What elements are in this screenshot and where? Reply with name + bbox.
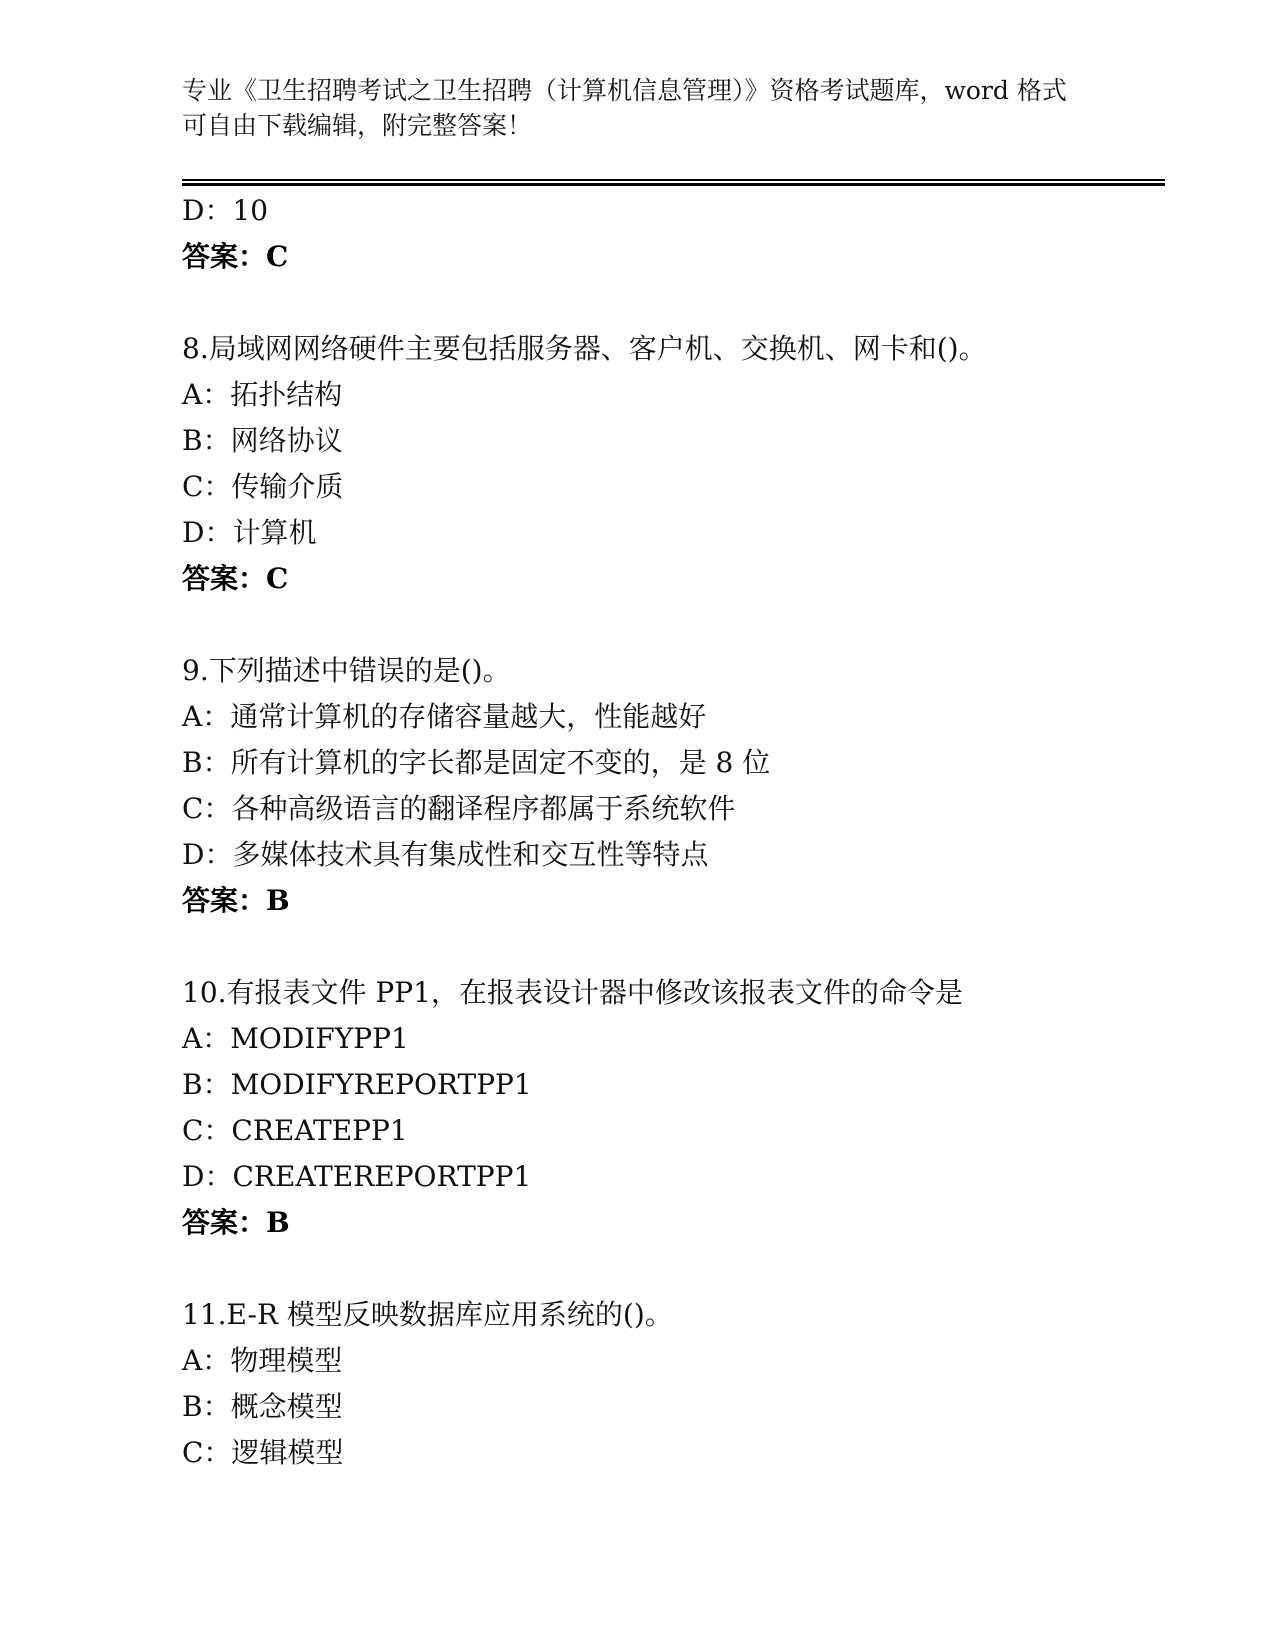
option-d: D：计算机	[182, 510, 1165, 556]
answer-line: 答案：B	[182, 878, 1165, 924]
option-d: D：多媒体技术具有集成性和交互性等特点	[182, 832, 1165, 878]
document-page: 专业《卫生招聘考试之卫生招聘（计算机信息管理）》资格考试题库，word 格式 可…	[0, 0, 1275, 1650]
document-body: D：10 答案：C 8.局域网网络硬件主要包括服务器、客户机、交换机、网卡和()…	[182, 188, 1165, 1476]
option-b: B：所有计算机的字长都是固定不变的，是 8 位	[182, 740, 1165, 786]
carryover-section: D：10 答案：C	[182, 188, 1165, 280]
option-a: A：通常计算机的存储容量越大，性能越好	[182, 694, 1165, 740]
question-block-8: 8.局域网网络硬件主要包括服务器、客户机、交换机、网卡和()。 A：拓扑结构 B…	[182, 326, 1165, 602]
option-a: A：物理模型	[182, 1338, 1165, 1384]
carryover-answer: 答案：C	[182, 234, 1165, 280]
option-d: D：CREATEREPORTPP1	[182, 1154, 1165, 1200]
answer-line: 答案：C	[182, 556, 1165, 602]
option-a: A：MODIFYPP1	[182, 1016, 1165, 1062]
header-line-2: 可自由下载编辑，附完整答案！	[182, 108, 1165, 143]
question-text: 11.E-R 模型反映数据库应用系统的()。	[182, 1292, 1165, 1338]
answer-line: 答案：B	[182, 1200, 1165, 1246]
question-text: 10.有报表文件 PP1，在报表设计器中修改该报表文件的命令是	[182, 970, 1165, 1016]
question-block-11: 11.E-R 模型反映数据库应用系统的()。 A：物理模型 B：概念模型 C：逻…	[182, 1292, 1165, 1476]
option-c: C：传输介质	[182, 464, 1165, 510]
option-c: C：CREATEPP1	[182, 1108, 1165, 1154]
question-block-9: 9.下列描述中错误的是()。 A：通常计算机的存储容量越大，性能越好 B：所有计…	[182, 648, 1165, 924]
question-text: 8.局域网网络硬件主要包括服务器、客户机、交换机、网卡和()。	[182, 326, 1165, 372]
option-b: B：MODIFYREPORTPP1	[182, 1062, 1165, 1108]
header-divider	[182, 179, 1165, 186]
option-c: C：各种高级语言的翻译程序都属于系统软件	[182, 786, 1165, 832]
header-line-1: 专业《卫生招聘考试之卫生招聘（计算机信息管理）》资格考试题库，word 格式	[182, 73, 1165, 108]
document-header: 专业《卫生招聘考试之卫生招聘（计算机信息管理）》资格考试题库，word 格式 可…	[182, 73, 1165, 143]
question-text: 9.下列描述中错误的是()。	[182, 648, 1165, 694]
carryover-option-d: D：10	[182, 188, 1165, 234]
question-block-10: 10.有报表文件 PP1，在报表设计器中修改该报表文件的命令是 A：MODIFY…	[182, 970, 1165, 1246]
option-a: A：拓扑结构	[182, 372, 1165, 418]
option-b: B：网络协议	[182, 418, 1165, 464]
option-c: C：逻辑模型	[182, 1430, 1165, 1476]
option-b: B：概念模型	[182, 1384, 1165, 1430]
